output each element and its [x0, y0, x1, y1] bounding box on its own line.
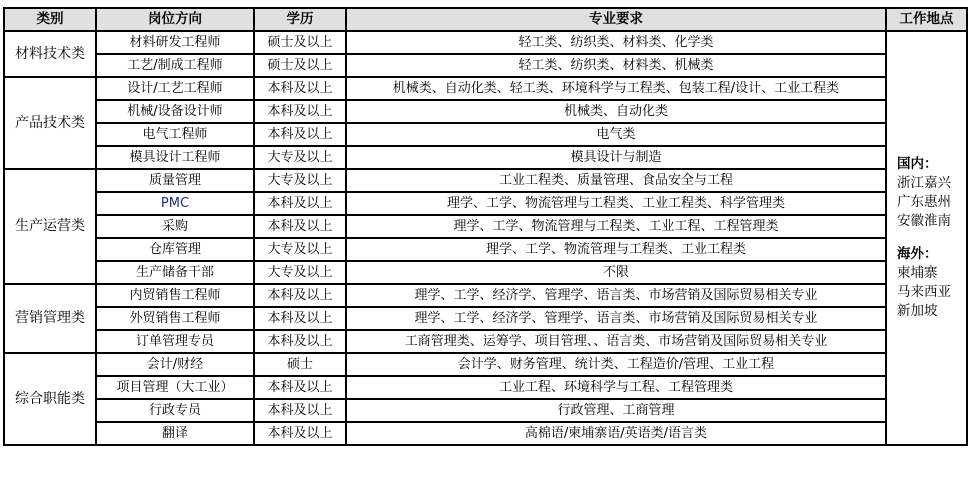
table-row: 翻译 本科及以上 高棉语/柬埔寨语/英语类/语言类: [4, 422, 967, 445]
education-cell: 硕士及以上: [254, 31, 346, 54]
major-cell: 工商管理类、运筹学、项目管理、、语言类、市场营销及国际贸易相关专业: [346, 330, 886, 353]
location-item: 浙江嘉兴: [897, 174, 966, 193]
position-cell: 工艺/制成工程师: [96, 54, 254, 77]
table-row: 生产运营类 质量管理 大专及以上 工业工程类、质量管理、食品安全与工程: [4, 169, 967, 192]
location-item: 新加坡: [897, 302, 966, 321]
education-cell: 本科及以上: [254, 123, 346, 146]
position-cell: 订单管理专员: [96, 330, 254, 353]
position-cell: 翻译: [96, 422, 254, 445]
major-cell: 理学、工学、物流管理与工程类、工业工程类: [346, 238, 886, 261]
major-cell: 不限: [346, 261, 886, 284]
major-cell: 轻工类、纺织类、材料类、机械类: [346, 54, 886, 77]
education-cell: 本科及以上: [254, 192, 346, 215]
position-cell: 电气工程师: [96, 123, 254, 146]
major-cell: 工业工程、环境科学与工程、工程管理类: [346, 376, 886, 399]
education-cell: 本科及以上: [254, 284, 346, 307]
education-cell: 本科及以上: [254, 307, 346, 330]
table-row: 项目管理（大工业） 本科及以上 工业工程、环境科学与工程、工程管理类: [4, 376, 967, 399]
table-row: 工艺/制成工程师 硕士及以上 轻工类、纺织类、材料类、机械类: [4, 54, 967, 77]
major-cell: 理学、工学、经济学、管理学、语言类、市场营销及国际贸易相关专业: [346, 284, 886, 307]
position-cell: 仓库管理: [96, 238, 254, 261]
education-cell: 本科及以上: [254, 77, 346, 100]
header-row: 类别 岗位方向 学历 专业要求 工作地点: [4, 8, 967, 31]
table-row: 产品技术类 设计/工艺工程师 本科及以上 机械类、自动化类、轻工类、环境科学与工…: [4, 77, 967, 100]
header-education: 学历: [254, 8, 346, 31]
location-item: 安徽淮南: [897, 212, 966, 231]
category-cell: 营销管理类: [4, 284, 96, 353]
major-cell: 理学、工学、物流管理与工程类、工业工程、工程管理类: [346, 215, 886, 238]
education-cell: 大专及以上: [254, 169, 346, 192]
table-row: 行政专员 本科及以上 行政管理、工商管理: [4, 399, 967, 422]
table-row: 机械/设备设计师 本科及以上 机械类、自动化类: [4, 100, 967, 123]
major-cell: 工业工程类、质量管理、食品安全与工程: [346, 169, 886, 192]
job-requirements-table: 类别 岗位方向 学历 专业要求 工作地点 材料技术类 材料研发工程师 硕士及以上…: [3, 7, 968, 446]
table-row: 综合职能类 会计/财经 硕士 会计学、财务管理、统计类、工程造价/管理、工业工程: [4, 353, 967, 376]
table-row: 仓库管理 大专及以上 理学、工学、物流管理与工程类、工业工程类: [4, 238, 967, 261]
education-cell: 本科及以上: [254, 422, 346, 445]
education-cell: 本科及以上: [254, 399, 346, 422]
position-cell: 材料研发工程师: [96, 31, 254, 54]
table-row: 生产储备干部 大专及以上 不限: [4, 261, 967, 284]
major-cell: 高棉语/柬埔寨语/英语类/语言类: [346, 422, 886, 445]
position-cell: 生产储备干部: [96, 261, 254, 284]
category-cell: 综合职能类: [4, 353, 96, 445]
table-row: 采购 本科及以上 理学、工学、物流管理与工程类、工业工程、工程管理类: [4, 215, 967, 238]
position-cell: PMC: [96, 192, 254, 215]
table-row: 外贸销售工程师 本科及以上 理学、工学、经济学、管理学、语言类、市场营销及国际贸…: [4, 307, 967, 330]
table-row: 材料技术类 材料研发工程师 硕士及以上 轻工类、纺织类、材料类、化学类 国内： …: [4, 31, 967, 54]
education-cell: 硕士: [254, 353, 346, 376]
education-cell: 大专及以上: [254, 238, 346, 261]
position-cell: 会计/财经: [96, 353, 254, 376]
major-cell: 理学、工学、经济学、管理学、语言类、市场营销及国际贸易相关专业: [346, 307, 886, 330]
education-cell: 大专及以上: [254, 146, 346, 169]
major-cell: 行政管理、工商管理: [346, 399, 886, 422]
location-item: 广东惠州: [897, 193, 966, 212]
education-cell: 硕士及以上: [254, 54, 346, 77]
major-cell: 模具设计与制造: [346, 146, 886, 169]
position-cell: 内贸销售工程师: [96, 284, 254, 307]
category-cell: 产品技术类: [4, 77, 96, 169]
location-item: 马来西亚: [897, 283, 966, 302]
location-cell: 国内： 浙江嘉兴 广东惠州 安徽淮南 海外： 柬埔寨 马来西亚 新加坡: [886, 31, 967, 445]
header-category: 类别: [4, 8, 96, 31]
education-cell: 本科及以上: [254, 330, 346, 353]
header-major: 专业要求: [346, 8, 886, 31]
category-cell: 生产运营类: [4, 169, 96, 284]
major-cell: 机械类、自动化类: [346, 100, 886, 123]
location-item: 柬埔寨: [897, 264, 966, 283]
position-cell: 外贸销售工程师: [96, 307, 254, 330]
header-location: 工作地点: [886, 8, 967, 31]
table-row: 订单管理专员 本科及以上 工商管理类、运筹学、项目管理、、语言类、市场营销及国际…: [4, 330, 967, 353]
position-cell: 质量管理: [96, 169, 254, 192]
major-cell: 电气类: [346, 123, 886, 146]
position-cell: 行政专员: [96, 399, 254, 422]
major-cell: 机械类、自动化类、轻工类、环境科学与工程类、包装工程/设计、工业工程类: [346, 77, 886, 100]
major-cell: 理学、工学、物流管理与工程类、工业工程类、科学管理类: [346, 192, 886, 215]
education-cell: 本科及以上: [254, 215, 346, 238]
position-cell: 采购: [96, 215, 254, 238]
table-row: 营销管理类 内贸销售工程师 本科及以上 理学、工学、经济学、管理学、语言类、市场…: [4, 284, 967, 307]
major-cell: 会计学、财务管理、统计类、工程造价/管理、工业工程: [346, 353, 886, 376]
spacer: [897, 231, 966, 245]
overseas-label: 海外：: [897, 245, 966, 264]
education-cell: 本科及以上: [254, 100, 346, 123]
table-row: 模具设计工程师 大专及以上 模具设计与制造: [4, 146, 967, 169]
position-cell: 机械/设备设计师: [96, 100, 254, 123]
major-cell: 轻工类、纺织类、材料类、化学类: [346, 31, 886, 54]
category-cell: 材料技术类: [4, 31, 96, 77]
table-row: 电气工程师 本科及以上 电气类: [4, 123, 967, 146]
header-position: 岗位方向: [96, 8, 254, 31]
position-cell: 模具设计工程师: [96, 146, 254, 169]
education-cell: 大专及以上: [254, 261, 346, 284]
education-cell: 本科及以上: [254, 376, 346, 399]
table-row: PMC 本科及以上 理学、工学、物流管理与工程类、工业工程类、科学管理类: [4, 192, 967, 215]
position-cell: 项目管理（大工业）: [96, 376, 254, 399]
position-cell: 设计/工艺工程师: [96, 77, 254, 100]
domestic-label: 国内：: [897, 155, 966, 174]
